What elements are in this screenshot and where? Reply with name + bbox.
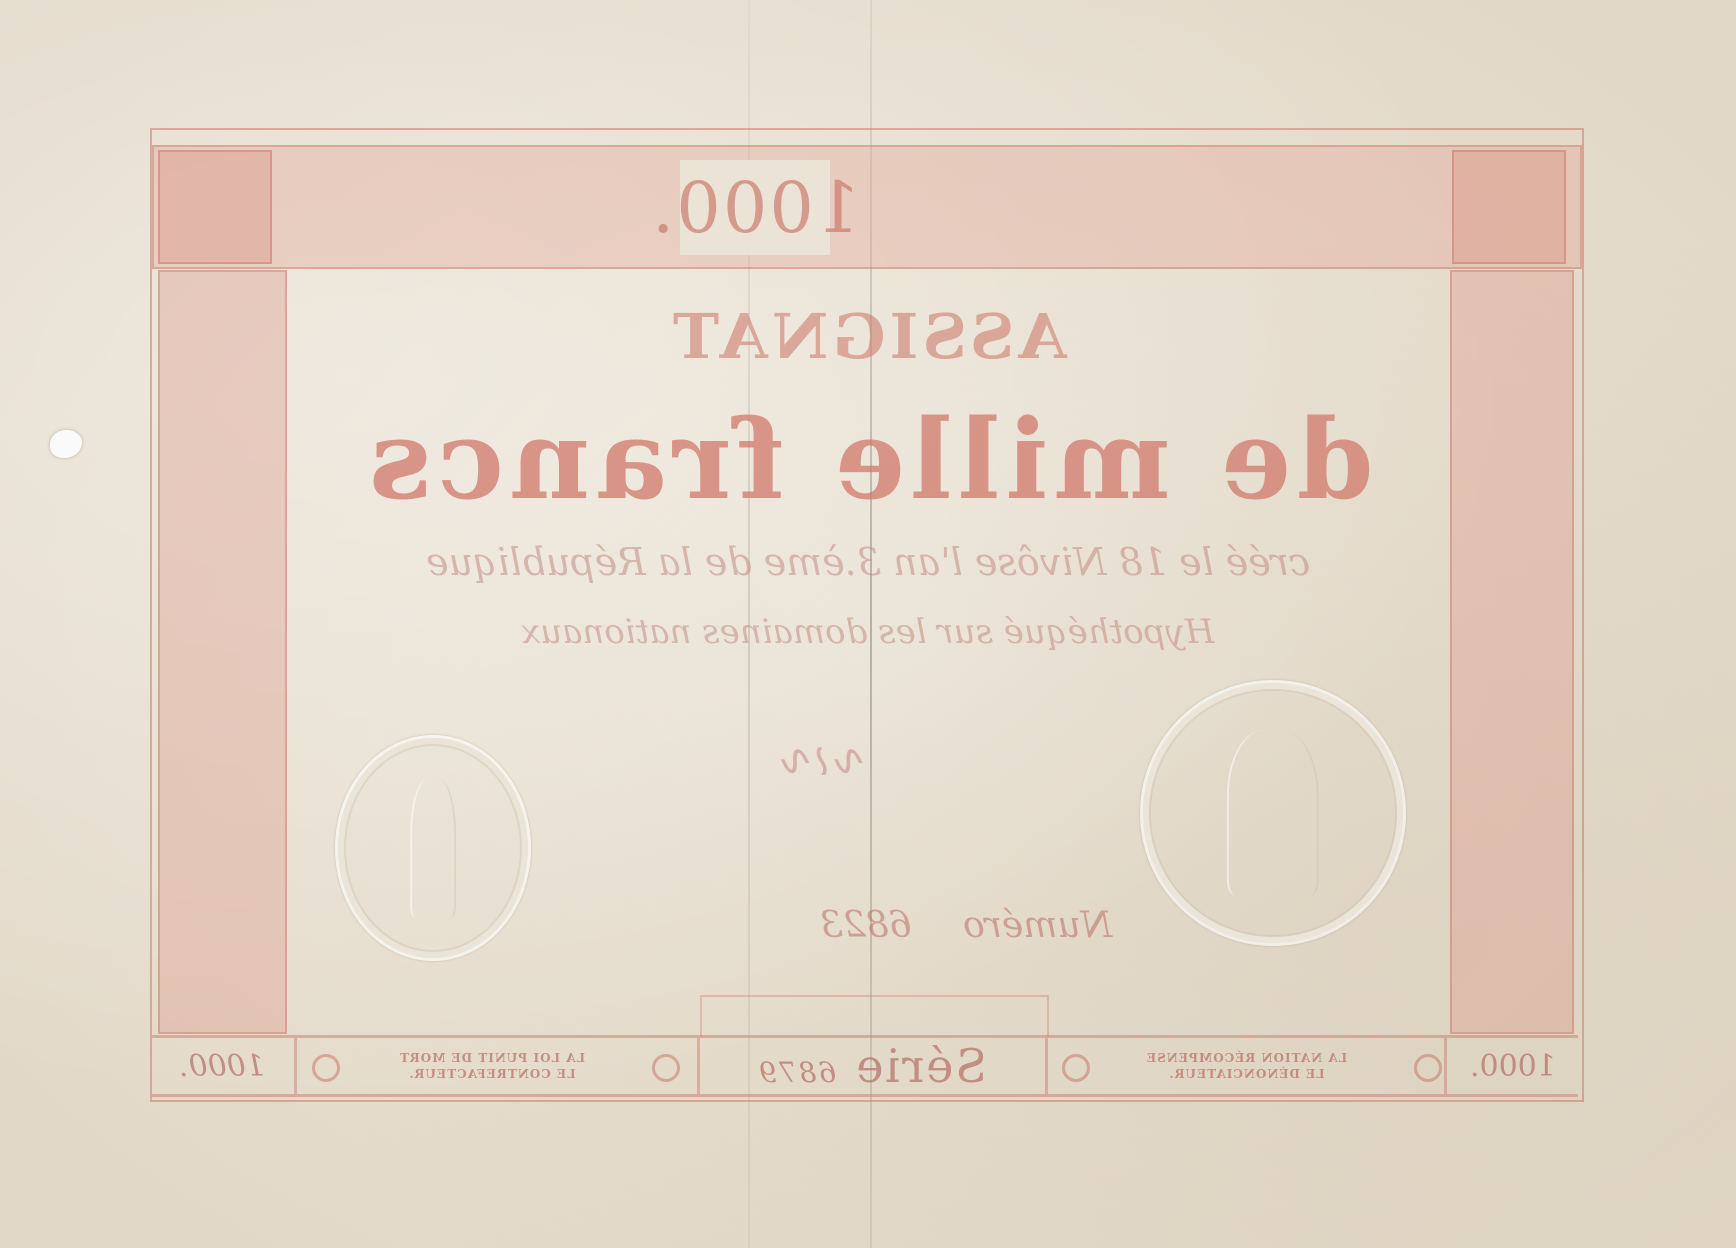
- rosette-icon: [1062, 1054, 1090, 1082]
- bottom-right-text: LA NATION RÉCOMPENSE LE DÉNONCIATEUR.: [1092, 1038, 1402, 1094]
- created-line-text: créé le 18 Nivôse l'an 3.ème de la Répub…: [426, 540, 1310, 584]
- bottom-right-denomination: 1000.: [1448, 1038, 1578, 1094]
- embossed-seal-right: [1140, 680, 1406, 946]
- separator: [1045, 1038, 1048, 1094]
- corner-medallion-top-left: [158, 150, 272, 264]
- rosette-icon: [312, 1054, 340, 1082]
- rosette-icon: [652, 1054, 680, 1082]
- bottom-left-text-line2: LE CONTREFACTEUR.: [408, 1067, 575, 1081]
- numero-value: 6823: [820, 905, 912, 946]
- bottom-right-text-line2: LE DÉNONCIATEUR.: [1169, 1067, 1325, 1081]
- serie-frame: [700, 995, 1049, 1037]
- heading-assignat: ASSIGNAT: [0, 300, 1736, 373]
- created-line: créé le 18 Nivôse l'an 3.ème de la Répub…: [0, 540, 1736, 584]
- value-text-content: de mille francs: [363, 395, 1374, 524]
- serie: Série6879: [702, 1038, 1042, 1094]
- numero: Numéro 6823: [820, 905, 1112, 946]
- rosette-icon: [1414, 1054, 1442, 1082]
- heading-text: ASSIGNAT: [669, 300, 1067, 373]
- corner-medallion-top-right: [1452, 150, 1566, 264]
- top-denomination: 1000.: [680, 160, 830, 255]
- liberty-figure-icon: [410, 778, 456, 919]
- top-band: [152, 145, 1582, 269]
- serie-label: Série: [854, 1039, 987, 1093]
- signature: ∿≀∿: [780, 735, 870, 786]
- separator: [697, 1038, 700, 1094]
- mortgage-line: Hypothéqué sur les domaines nationaux: [0, 612, 1736, 652]
- embossed-seal-left: [335, 735, 531, 961]
- bottom-right-text-line1: LA NATION RÉCOMPENSE: [1146, 1051, 1347, 1065]
- allegory-figure-icon: [1227, 730, 1319, 896]
- separator: [1444, 1038, 1447, 1094]
- bottom-left-text: LA LOI PUNIT DE MORT LE CONTREFACTEUR.: [342, 1038, 642, 1094]
- bottom-right-denomination-text: 1000.: [1470, 1049, 1556, 1084]
- serie-value: 6879: [757, 1056, 836, 1089]
- numero-label: Numéro: [963, 905, 1112, 946]
- mortgage-line-text: Hypothéqué sur les domaines nationaux: [521, 612, 1214, 652]
- left-pillar: [158, 270, 287, 1034]
- value-text: de mille francs: [0, 395, 1736, 524]
- separator: [294, 1038, 297, 1094]
- bottom-left-denomination-text: 1000.: [179, 1049, 265, 1084]
- bottom-left-text-line1: LA LOI PUNIT DE MORT: [399, 1051, 585, 1065]
- bottom-band: 1000. LA LOI PUNIT DE MORT LE CONTREFACT…: [152, 1035, 1578, 1097]
- bottom-left-denomination: 1000.: [152, 1038, 292, 1094]
- right-pillar: [1450, 270, 1574, 1034]
- top-denomination-text: 1000.: [650, 167, 860, 249]
